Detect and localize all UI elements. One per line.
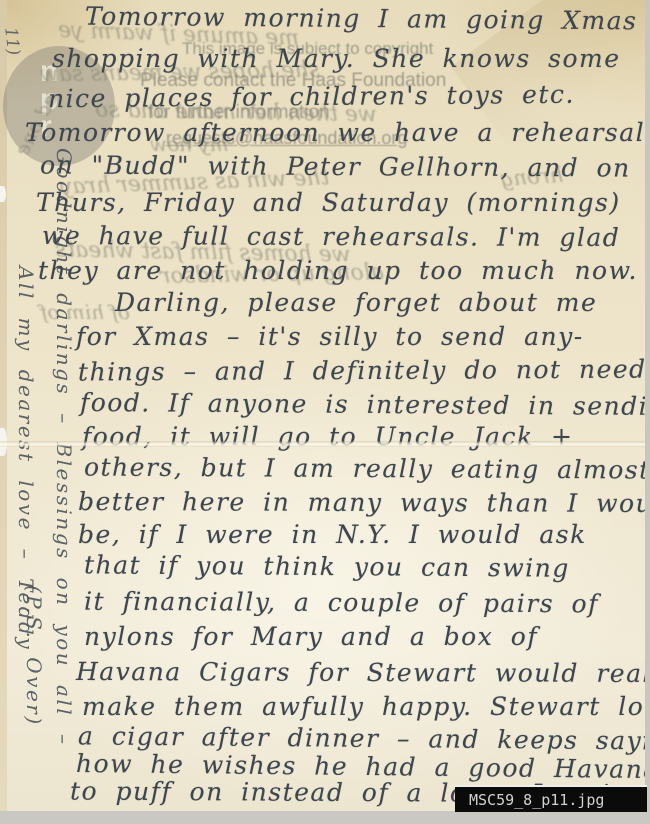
scan-edge-bottom	[0, 811, 650, 824]
handwritten-line: Darling, please forget about me	[115, 288, 597, 317]
handwritten-line: others, but I am really eating almost	[84, 453, 650, 485]
handwritten-line: Tomorrow morning I am going Xmas	[85, 2, 638, 36]
handwritten-line: we have full cast rehearsals. I'm glad	[42, 221, 620, 252]
fold-crease	[0, 441, 646, 447]
handwritten-line: be, if I were in N.Y. I would ask	[78, 520, 587, 549]
handwritten-line: shopping with Mary. She knows some	[52, 44, 621, 73]
filename-bar: MSC59_8_p11.jpg	[455, 785, 647, 812]
handwritten-line: Thurs, Friday and Saturday (mornings)	[36, 188, 621, 217]
handwritten-line: they are not holding up too much now.	[38, 256, 638, 285]
handwritten-line: on "Budd" with Peter Gellhorn, and on	[40, 150, 631, 182]
margin-note-ps-over: (P.S. Over)	[22, 585, 46, 727]
handwritten-line: make them awfully happy. Stewart loves	[82, 692, 650, 721]
handwritten-line: better here in many ways than I would	[78, 487, 650, 518]
handwritten-line: for Xmas – it's silly to send any-	[76, 322, 584, 351]
handwritten-line: things – and I definitely do not need	[78, 355, 647, 387]
handwritten-line: it financially, a couple of pairs of	[84, 587, 599, 619]
letter-scan: npr This image is subject to copyright P…	[0, 0, 650, 824]
handwritten-line: nice places for children's toys etc.	[48, 80, 575, 114]
handwritten-line: food. If anyone is interested in sending	[80, 388, 650, 421]
margin-note-goodnight: Goodnight darlings – Blessings on you al…	[52, 148, 76, 747]
page-number: 11)	[0, 26, 23, 56]
handwritten-line: Havana Cigars for Stewart would really	[76, 657, 650, 688]
handwritten-line: nylons for Mary and a box of	[84, 622, 538, 651]
scan-edge-right	[645, 0, 650, 824]
filename-label: MSC59_8_p11.jpg	[469, 791, 604, 809]
handwritten-line: that if you think you can swing	[84, 550, 570, 582]
edge-notch	[0, 186, 6, 202]
handwritten-line: Tomorrow afternoon we have a rehearsal	[25, 118, 645, 147]
